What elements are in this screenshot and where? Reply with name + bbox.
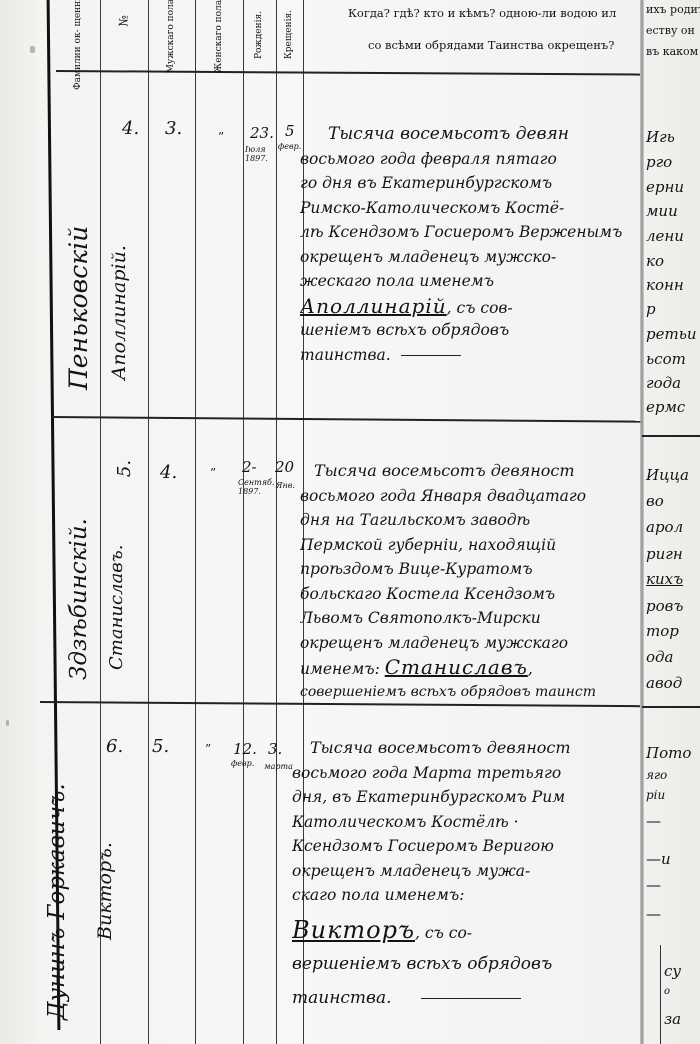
entry-2-number: 5. — [114, 460, 135, 477]
entry-3-female-ditto: ” — [205, 742, 211, 756]
entry-1-surname: Пеньковскій — [64, 140, 93, 390]
column-rule — [276, 0, 277, 1044]
margin-speck — [6, 720, 9, 726]
entry-3-birth-month-year: февр. — [231, 759, 254, 768]
entry-1-given-name: Аполлинарій. — [108, 180, 130, 380]
entry-1-baptism-day: 5 — [285, 122, 295, 140]
entry-1-text: Тысяча восемьсотъ девян восьмого года фе… — [300, 122, 645, 367]
entry-3-number: 6. — [106, 736, 123, 757]
entry-1-male-no: 3. — [165, 118, 182, 139]
strip-column-rule — [660, 945, 661, 1044]
entry-1-female-ditto: ” — [218, 130, 224, 144]
row-rule — [52, 416, 642, 423]
entry-3-baptism-day: 3. — [268, 740, 282, 758]
entry-2-baptism-month: Янв. — [276, 481, 295, 490]
strip-row-rule — [642, 706, 700, 708]
end-dash — [421, 998, 521, 999]
entry-3-male-no: 5. — [152, 736, 169, 757]
entry-2-given-name: Станиславъ. — [106, 490, 127, 670]
entry-3-text: Тысяча восемьсотъ девяност восьмого года… — [292, 736, 637, 1015]
entry-1-birth-day: 23. — [250, 124, 274, 142]
header-baptism: Крещенія. — [276, 4, 303, 66]
header-number: № — [100, 4, 148, 66]
entry-3-surname: Дунинъ-Горкавичъ. — [44, 720, 70, 1020]
header-female: Женскаго пола. — [195, 4, 243, 66]
entry-1-baptismal-name: Аполлинарій — [300, 294, 447, 318]
header-birth: Рожденія. — [243, 4, 276, 66]
column-rule — [148, 0, 149, 1044]
column-rule — [195, 0, 196, 1044]
header-male: Мужскаго пола. — [148, 4, 195, 66]
register-page: Фамилии ок- щенныхъ. № Мужскаго пола. Же… — [0, 0, 700, 1044]
adjacent-page-strip: ихъ родит еству он въ каком Игь рго ерни… — [642, 0, 700, 1044]
margin-speck — [30, 46, 35, 53]
entry-2-male-no: 4. — [160, 462, 177, 483]
entry-2-female-ditto: ” — [210, 466, 216, 480]
end-dash — [401, 355, 461, 356]
entry-2-baptismal-name: Станиславъ — [385, 655, 528, 679]
entry-1-baptism-month: февр. — [278, 142, 301, 151]
entry-1-birth-month-year: Іюля 1897. — [245, 145, 275, 163]
entry-2-birth-day: 2- — [242, 458, 257, 476]
entry-3-baptismal-name: Викторъ — [292, 916, 415, 944]
entry-2-surname: Здзѣбинскій. — [66, 450, 92, 680]
strip-row-rule — [642, 435, 700, 437]
entry-1-number: 4. — [122, 118, 139, 139]
entry-2-text: Тысяча восемьсотъ девяност восьмого года… — [300, 459, 645, 704]
entry-2-baptism-day: 20 — [275, 458, 294, 476]
entry-3-birth-day: 12. — [233, 740, 257, 758]
column-rule — [243, 0, 244, 1044]
entry-3-given-name: Викторъ. — [94, 800, 116, 940]
header-surname: Фамилии ок- щенныхъ. — [56, 4, 100, 66]
entry-2-birth-month-year: Сентяб. 1897. — [238, 478, 270, 496]
entry-3-baptism-month: марта — [264, 762, 293, 771]
header-question-line2: со всѣми обрядами Таинства окрещенъ? — [368, 38, 614, 52]
header-question-line1: Когда? гдѣ? кто и кѣмъ? одною-ли водою и… — [348, 6, 616, 20]
header-rule — [56, 70, 640, 76]
